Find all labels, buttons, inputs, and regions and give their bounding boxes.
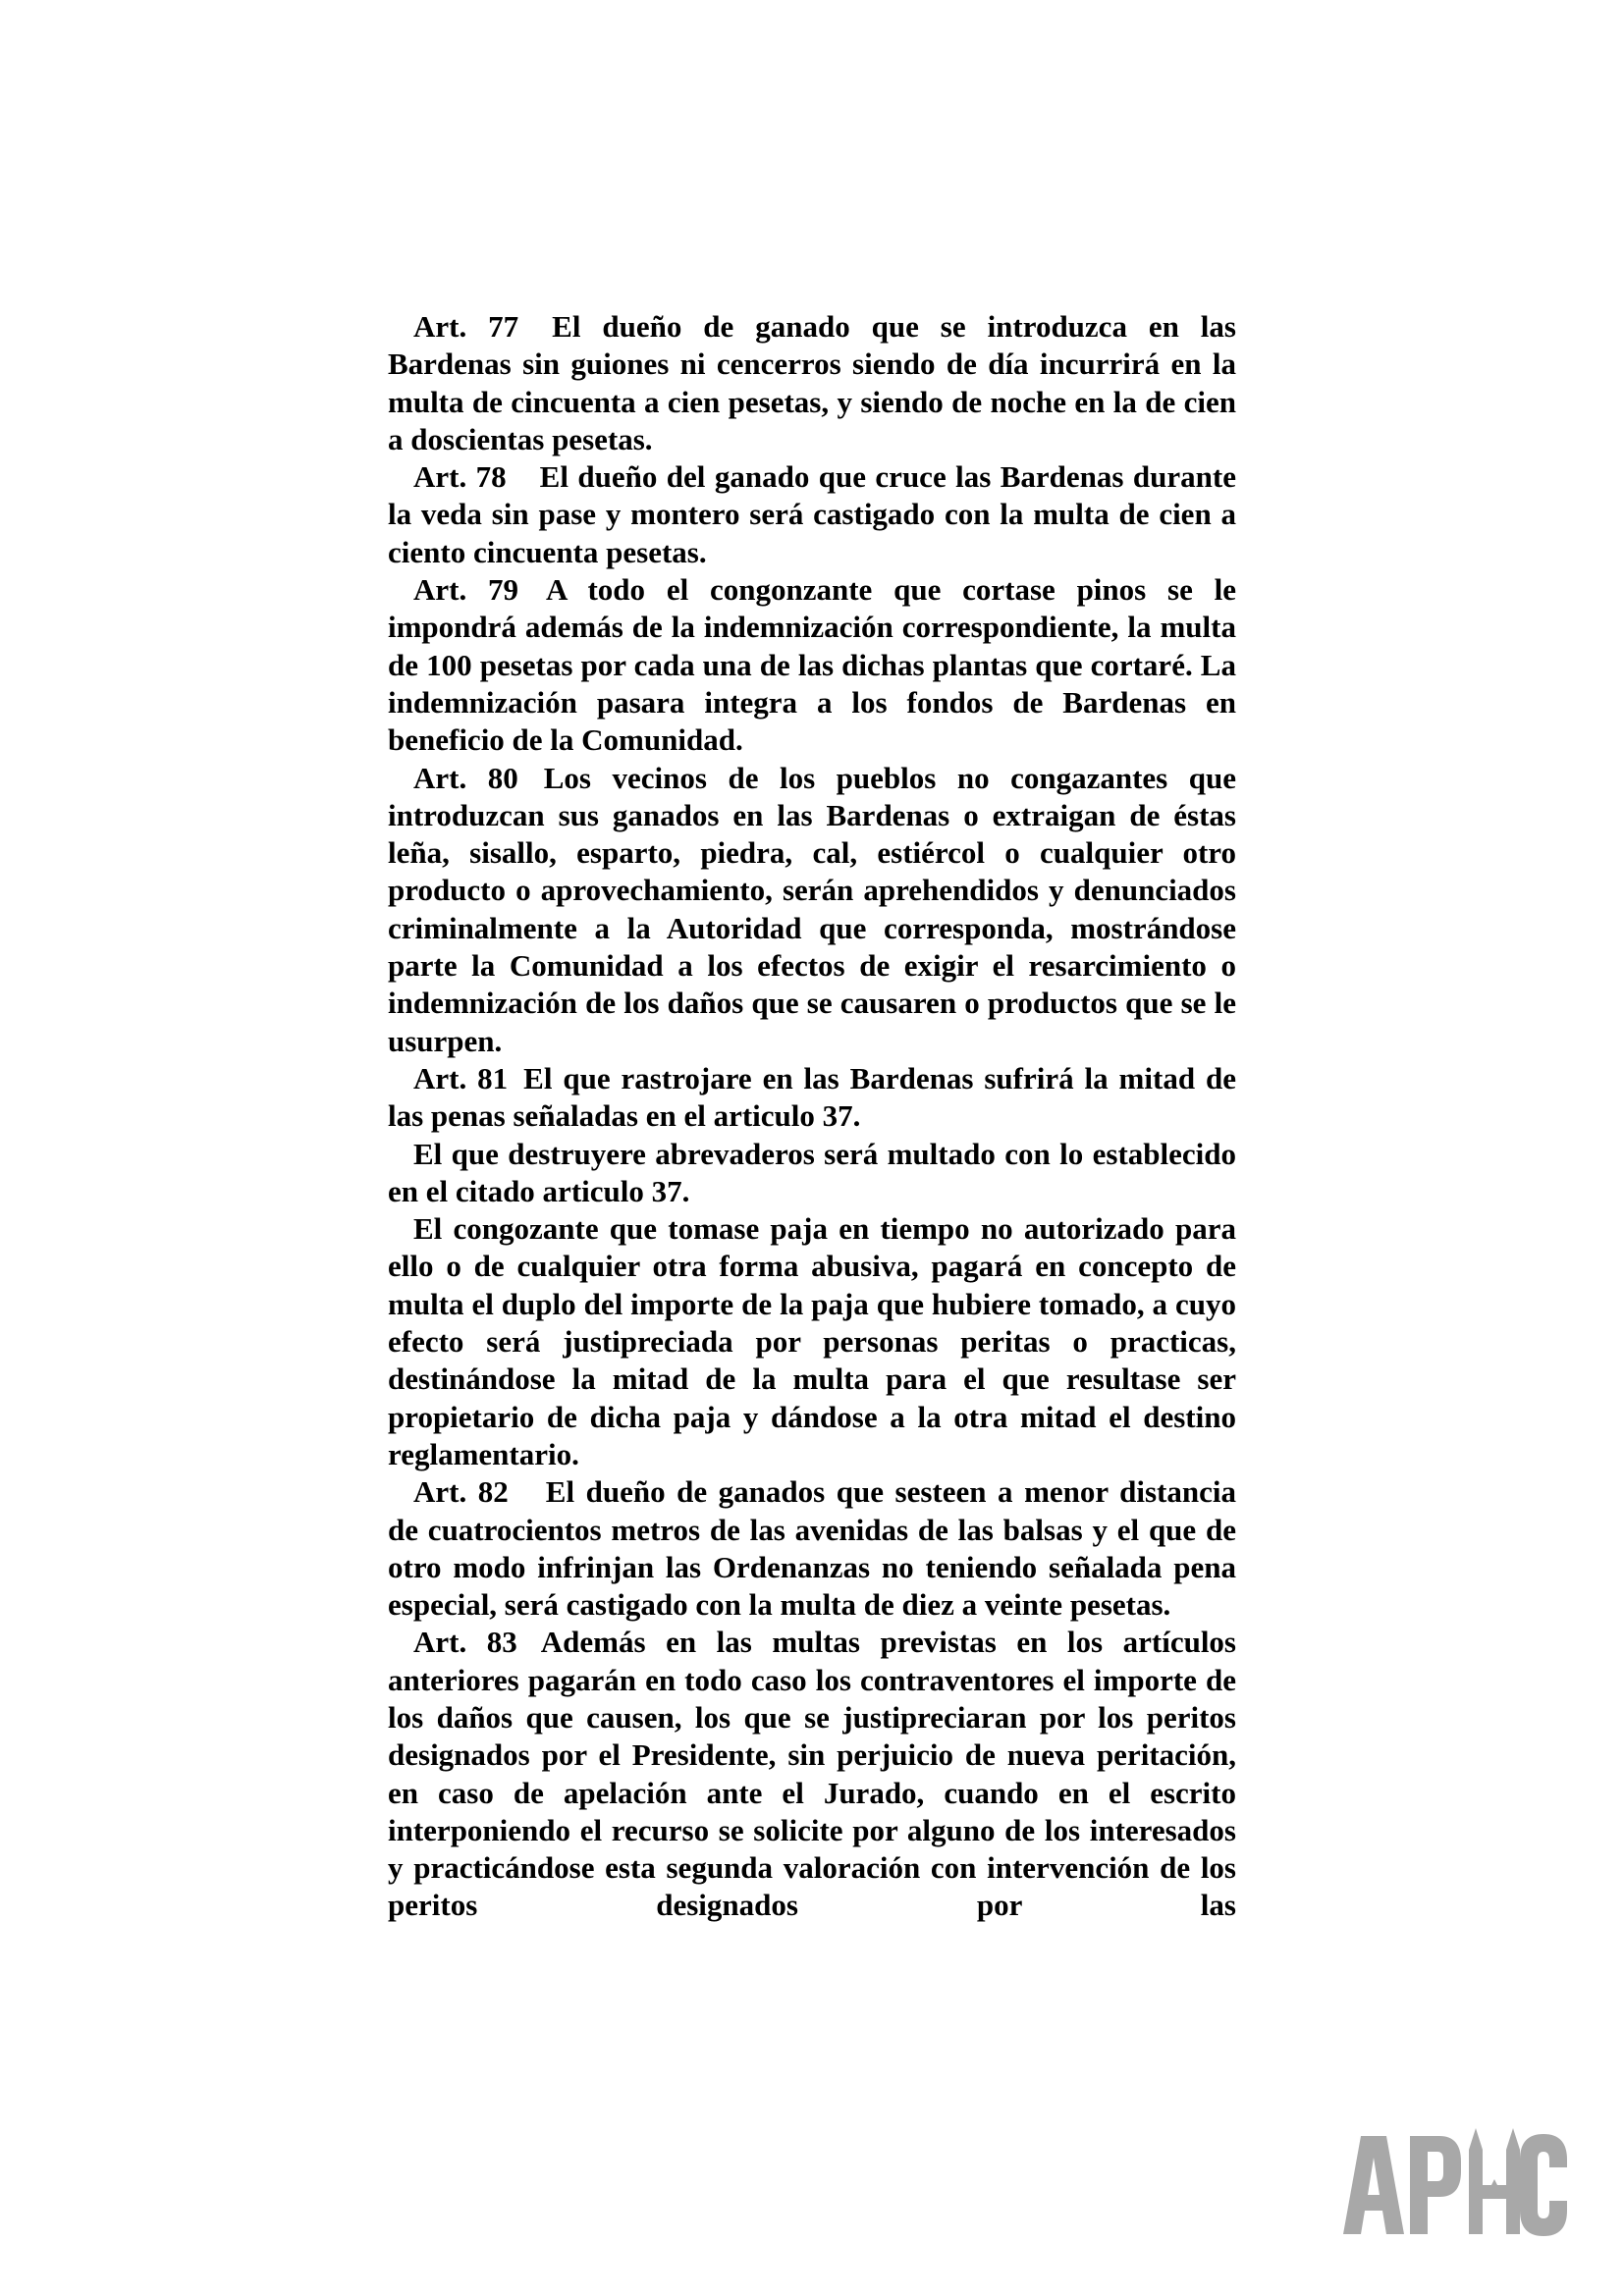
- article-79: Art. 79A todo el congonzante que cortase…: [388, 571, 1236, 759]
- article-text: El congozante que tomase paja en tiempo …: [388, 1211, 1236, 1471]
- article-label: Art. 78: [413, 459, 507, 494]
- article-83: Art. 83Además en las multas previstas en…: [388, 1624, 1236, 1924]
- article-label: Art. 79: [413, 572, 518, 607]
- article-81-paragraph-2: El que destruyere abrevaderos será multa…: [388, 1136, 1236, 1211]
- aphc-watermark-logo: [1341, 2128, 1567, 2238]
- article-label: Art. 83: [413, 1625, 517, 1659]
- article-78: Art. 78El dueño del ganado que cruce las…: [388, 458, 1236, 571]
- article-82: Art. 82El dueño de ganados que sesteen a…: [388, 1473, 1236, 1624]
- article-label: Art. 80: [413, 761, 518, 795]
- article-81-paragraph-3: El congozante que tomase paja en tiempo …: [388, 1210, 1236, 1473]
- article-text: Los vecinos de los pueblos no congazante…: [388, 761, 1236, 1058]
- article-text: El que rastrojare en las Bardenas sufrir…: [388, 1061, 1236, 1133]
- article-77: Art. 77El dueño de ganado que se introdu…: [388, 308, 1236, 458]
- document-body: Art. 77El dueño de ganado que se introdu…: [388, 308, 1236, 1925]
- article-text: Además en las multas previstas en los ar…: [388, 1625, 1236, 1922]
- article-label: Art. 82: [413, 1474, 509, 1509]
- article-label: Art. 81: [413, 1061, 508, 1095]
- aphc-logo-icon: [1341, 2128, 1567, 2238]
- article-81: Art. 81El que rastrojare en las Bardenas…: [388, 1060, 1236, 1136]
- article-text: El dueño de ganados que sesteen a menor …: [388, 1474, 1236, 1622]
- article-text: El que destruyere abrevaderos será multa…: [388, 1137, 1236, 1208]
- article-label: Art. 77: [413, 309, 518, 344]
- article-text: El dueño del ganado que cruce las Barden…: [388, 459, 1236, 569]
- article-80: Art. 80Los vecinos de los pueblos no con…: [388, 760, 1236, 1060]
